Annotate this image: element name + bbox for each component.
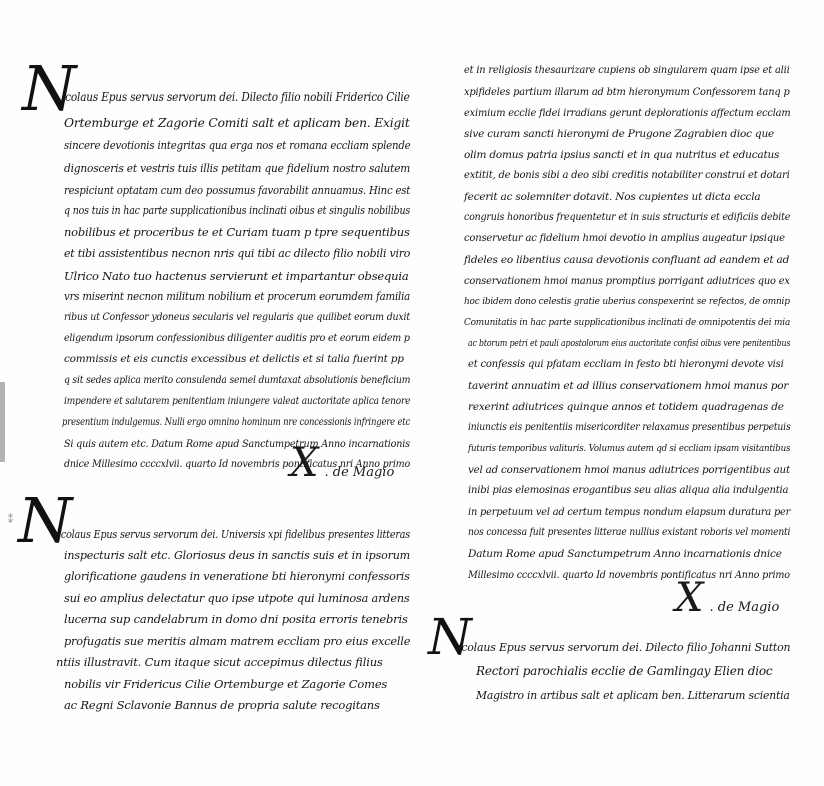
letter-2-cont-line: ac btorum petri et pauli apostolorum eiu… — [468, 338, 790, 349]
letter-2-cont-line: hoc ibidem dono celestis gratie uberius … — [464, 296, 790, 307]
letter-2-line: icolaus Epus servus servorum dei. Univer… — [58, 527, 410, 541]
letter-1-line: Ulrico Nato tuo hactenus servierunt et i… — [64, 269, 409, 283]
letter-2-line: nobilis vir Fridericus Cilie Ortemburge … — [64, 677, 387, 691]
letter-1-signature: X. de Magio — [290, 440, 394, 486]
letter-2-line: profugatis sue meritis almam matrem eccl… — [64, 634, 410, 648]
letter-3-line: Rectori parochialis ecclie de Gamlingay … — [476, 664, 772, 678]
letter-2-cont-line: Datum Rome apud Sanctumpetrum Anno incar… — [468, 548, 782, 560]
letter-3-line: icolaus Epus servus servorum dei. Dilect… — [458, 640, 790, 654]
letter-2-cont-line: inibi pias elemosinas erogantibus seu al… — [468, 485, 788, 496]
letter-1-line: Ortemburge et Zagorie Comiti salt et apl… — [64, 115, 410, 130]
letter-2-line: ac Regni Sclavonie Bannus de propria sal… — [64, 698, 380, 712]
scan-edge-shadow — [0, 382, 5, 462]
letter-2-cont-line: eximium ecclie fidei irradians gerunt de… — [464, 107, 790, 119]
letter-2-cont-line: et confessis qui pfatam eccliam in festo… — [468, 359, 784, 370]
letter-2-cont-line: in perpetuum vel ad certum tempus nondum… — [468, 506, 790, 518]
letter-2-cont-line: fideles eo libentius causa devotionis co… — [464, 254, 789, 266]
letter-3-initial: N — [428, 612, 472, 662]
letter-2-cont-line: congruis honoribus frequentetur et in su… — [464, 212, 790, 223]
letter-2-cont-line: et in religiosis thesaurizare cupiens ob… — [464, 65, 790, 76]
letter-1-line: ribus ut Confessor ydoneus secularis vel… — [64, 311, 410, 323]
letter-2-line: lucerna sup candelabrum in domo dni posi… — [64, 612, 408, 626]
signature-text: . de Magio — [324, 465, 394, 480]
letter-2-cont-line: xpifideles partium illarum ad btm hieron… — [464, 86, 790, 98]
letter-2-cont-line: conservetur ac fidelium hmoi devotio in … — [464, 233, 785, 244]
letter-2-initial: N — [18, 490, 72, 552]
letter-1-line: icolaus Epus servus servorum dei. Dilect… — [62, 90, 410, 104]
letter-2-cont-line: olim domus patria ipsius sancti et in qu… — [464, 149, 779, 161]
letter-1-line: impendere et salutarem penitentiam iniun… — [64, 396, 410, 407]
margin-mark: ⁑ — [8, 515, 13, 526]
letter-2-signature: X. de Magio — [675, 575, 779, 621]
letter-1-line: dignosceris et vestris tuis illis petita… — [64, 161, 410, 175]
letter-2-cont-line: nos concessa fuit presentes litterae nul… — [468, 527, 790, 538]
letter-2-cont-line: iniunctis eis penitentiis misericorditer… — [468, 422, 791, 433]
letter-2-cont-line: Comunitatis in hac parte supplicationibu… — [464, 317, 790, 328]
letter-2-cont-line: futuris temporibus valituris. Volumus au… — [468, 443, 790, 454]
letter-2-cont-line: conservationem hmoi manus promptius porr… — [464, 275, 790, 287]
letter-1-line: q sit sedes aplica merito consulenda sem… — [64, 375, 410, 386]
letter-1-line: et tibi assistentibus necnon nris qui ti… — [64, 247, 410, 260]
letter-1-line: eligendum ipsorum confessionibus diligen… — [64, 332, 410, 344]
letter-1-line: nobilibus et proceribus te et Curiam tua… — [64, 225, 410, 239]
letter-2-line: sui eo amplius delectatur quo ipse utpot… — [64, 591, 410, 605]
letter-1-line: commissis et eis cunctis excessibus et d… — [64, 353, 404, 365]
letter-2-line: ntiis illustravit. Cum itaque sicut acce… — [56, 655, 383, 669]
signature-mark: X — [290, 440, 318, 486]
letter-1-initial: N — [22, 58, 76, 120]
letter-1-line: sincere devotionis integritas qua erga n… — [64, 138, 411, 152]
letter-2-cont-line: rexerint adiutrices quinque annos et tot… — [468, 401, 784, 413]
letter-1-line: vrs miserint necnon militum nobilium et … — [64, 290, 410, 303]
letter-2-cont-line: sive curam sancti hieronymi de Prugone Z… — [464, 128, 774, 140]
letter-1-line: presentium indulgemus. Nulli ergo omnino… — [62, 417, 410, 428]
letter-2-line: inspecturis salt etc. Gloriosus deus in … — [64, 548, 410, 562]
letter-2-cont-line: vel ad conservationem hmoi manus adiutri… — [468, 464, 790, 476]
manuscript-page: N icolaus Epus servus servorum dei. Dile… — [0, 0, 824, 786]
letter-2-cont-line: taverint annuatim et ad illius conservat… — [468, 380, 788, 392]
letter-1-line: respiciunt optatam cum deo possumus favo… — [64, 183, 410, 197]
letter-2-cont-line: extitit, de bonis sibi a deo sibi credit… — [464, 170, 790, 181]
letter-1-line: q nos tuis in hac parte supplicationibus… — [64, 204, 410, 217]
letter-2-line: glorificatione gaudens in veneratione bt… — [64, 569, 410, 583]
signature-text: . de Magio — [709, 600, 779, 615]
signature-mark: X — [675, 575, 703, 621]
letter-3-line: Magistro in artibus salt et aplicam ben.… — [476, 688, 790, 702]
letter-2-cont-line: fecerit ac solemniter dotavit. Nos cupie… — [464, 191, 760, 203]
